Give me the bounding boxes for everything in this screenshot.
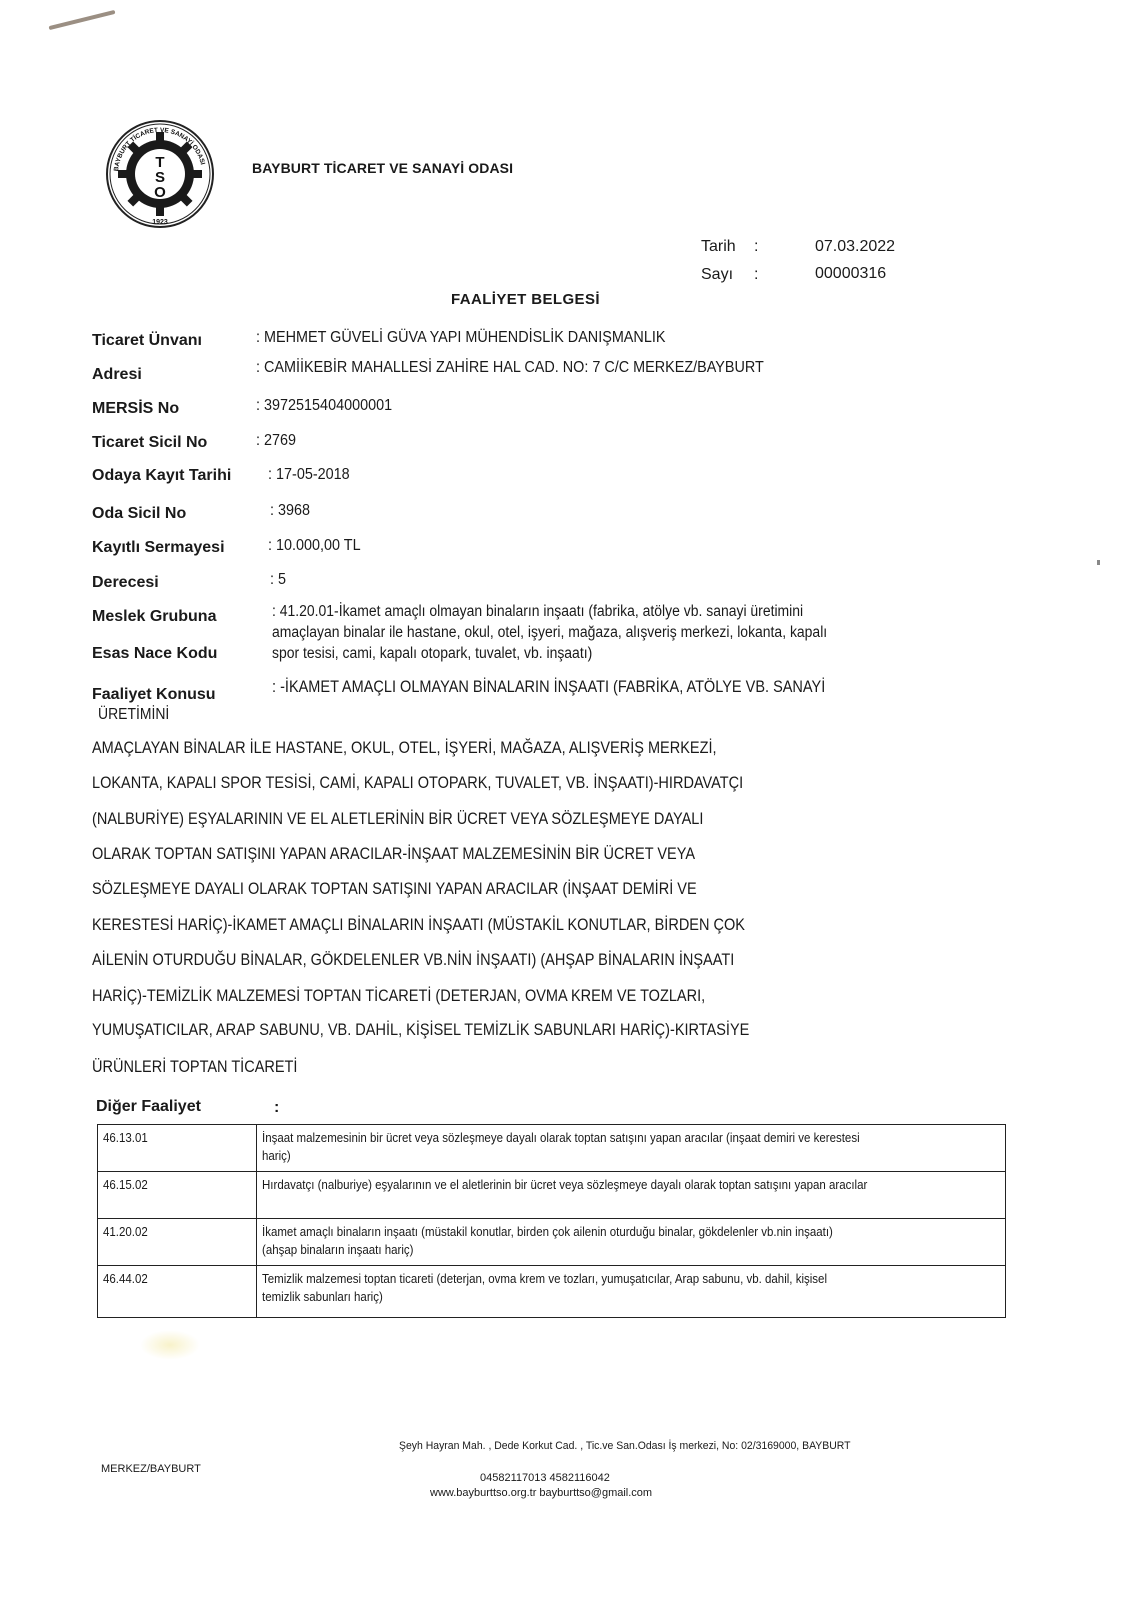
activity-code: 41.20.02 xyxy=(98,1219,257,1266)
activity-subject-line: KERESTESİ HARİÇ)-İKAMET AMAÇLI BİNALARIN… xyxy=(92,916,745,935)
registered-capital-value: : 10.000,00 TL xyxy=(268,537,361,555)
activity-subject-line: ÜRÜNLERİ TOPTAN TİCARETİ xyxy=(92,1058,297,1077)
activity-subject-line: YUMUŞATICILAR, ARAP SABUNU, VB. DAHİL, K… xyxy=(92,1021,749,1040)
address-value: : CAMİİKEBİR MAHALLESİ ZAHİRE HAL CAD. N… xyxy=(256,359,764,377)
table-row: 46.15.02 Hırdavatçı (nalburiye) eşyaları… xyxy=(98,1172,1006,1219)
profession-group-label: Meslek Grubuna xyxy=(92,608,216,626)
activity-subject-line: AMAÇLAYAN BİNALAR İLE HASTANE, OKUL, OTE… xyxy=(92,739,717,758)
activity-description: İkamet amaçlı binaların inşaatı (müstaki… xyxy=(257,1219,1006,1266)
activity-subject-line: OLARAK TOPTAN SATIŞINI YAPAN ARACILAR-İN… xyxy=(92,845,695,864)
trade-name-label: Ticaret Ünvanı xyxy=(92,332,202,350)
registration-date-label: Odaya Kayıt Tarihi xyxy=(92,467,231,485)
tso-gear-seal-icon: T S O BAYBURT TİCARET VE SANAYİ ODASI 19… xyxy=(104,118,216,230)
activity-subject-line: SÖZLEŞMEYE DAYALI OLARAK TOPTAN SATIŞINI… xyxy=(92,880,697,899)
pen-mark xyxy=(49,10,116,30)
table-row: 41.20.02 İkamet amaçlı binaların inşaatı… xyxy=(98,1219,1006,1266)
activity-description: Temizlik malzemesi toptan ticareti (dete… xyxy=(257,1266,1006,1318)
nace-line: : 41.20.01-İkamet amaçlı olmayan binalar… xyxy=(272,601,938,622)
activity-code: 46.44.02 xyxy=(98,1266,257,1318)
other-activity-table: 46.13.01 İnşaat malzemesinin bir ücret v… xyxy=(97,1124,1006,1318)
trade-registry-label: Ticaret Sicil No xyxy=(92,434,207,452)
footer-web-email: www.bayburttso.org.tr bayburttso@gmail.c… xyxy=(430,1487,652,1499)
activity-subject-line: LOKANTA, KAPALI SPOR TESİSİ, CAMİ, KAPAL… xyxy=(92,774,743,793)
nace-code-value: : 41.20.01-İkamet amaçlı olmayan binalar… xyxy=(272,601,938,664)
document-title: FAALİYET BELGESİ xyxy=(451,291,600,308)
mersis-value: : 3972515404000001 xyxy=(256,397,392,415)
number-separator: : xyxy=(754,266,758,284)
footer-phones: 04582117013 4582116042 xyxy=(480,1472,610,1484)
activity-code: 46.15.02 xyxy=(98,1172,257,1219)
date-value: 07.03.2022 xyxy=(815,238,895,256)
chamber-registry-label: Oda Sicil No xyxy=(92,505,186,523)
table-row: 46.13.01 İnşaat malzemesinin bir ücret v… xyxy=(98,1125,1006,1172)
nace-code-label: Esas Nace Kodu xyxy=(92,645,217,663)
chamber-registry-value: : 3968 xyxy=(270,502,310,520)
activity-subject-label: Faaliyet Konusu xyxy=(92,686,216,704)
trade-name-value: : MEHMET GÜVELİ GÜVA YAPI MÜHENDİSLİK DA… xyxy=(256,329,665,347)
date-separator: : xyxy=(754,238,758,256)
activity-subject-first-line: : -İKAMET AMAÇLI OLMAYAN BİNALARIN İNŞAA… xyxy=(272,678,825,697)
scan-stain xyxy=(140,1330,200,1360)
number-label: Sayı xyxy=(701,266,733,284)
svg-text:O: O xyxy=(154,184,166,201)
activity-code: 46.13.01 xyxy=(98,1125,257,1172)
scan-speck xyxy=(1097,560,1100,565)
trade-registry-value: : 2769 xyxy=(256,432,296,450)
tso-logo: T S O BAYBURT TİCARET VE SANAYİ ODASI 19… xyxy=(104,118,216,230)
number-value: 00000316 xyxy=(815,265,886,283)
svg-text:1923: 1923 xyxy=(152,219,168,226)
registered-capital-label: Kayıtlı Sermayesi xyxy=(92,539,225,557)
footer-location: MERKEZ/BAYBURT xyxy=(101,1463,201,1475)
footer-address: Şeyh Hayran Mah. , Dede Korkut Cad. , Ti… xyxy=(399,1440,851,1452)
date-label: Tarih xyxy=(701,238,736,256)
activity-subject-line: AİLENİN OTURDUĞU BİNALAR, GÖKDELENLER VB… xyxy=(92,951,734,970)
mersis-label: MERSİS No xyxy=(92,400,179,418)
grade-label: Derecesi xyxy=(92,574,159,592)
nace-line: amaçlayan binalar ile hastane, okul, ote… xyxy=(272,622,938,643)
grade-value: : 5 xyxy=(270,571,286,589)
nace-line: spor tesisi, cami, kapalı otopark, tuval… xyxy=(272,643,938,664)
activity-description: İnşaat malzemesinin bir ücret veya sözle… xyxy=(257,1125,1006,1172)
activity-subject-wrap-word: ÜRETİMİNİ xyxy=(98,706,169,724)
other-activity-separator: : xyxy=(274,1099,279,1117)
table-row: 46.44.02 Temizlik malzemesi toptan ticar… xyxy=(98,1266,1006,1318)
registration-date-value: : 17-05-2018 xyxy=(268,466,350,484)
activity-subject-line: (NALBURİYE) EŞYALARININ VE EL ALETLERİNİ… xyxy=(92,810,703,829)
activity-description: Hırdavatçı (nalburiye) eşyalarının ve el… xyxy=(257,1172,1006,1219)
activity-subject-line: HARİÇ)-TEMİZLİK MALZEMESİ TOPTAN TİCARET… xyxy=(92,987,705,1006)
other-activity-label: Diğer Faaliyet xyxy=(96,1098,201,1116)
org-name: BAYBURT TİCARET VE SANAYİ ODASI xyxy=(252,160,513,176)
address-label: Adresi xyxy=(92,366,142,384)
